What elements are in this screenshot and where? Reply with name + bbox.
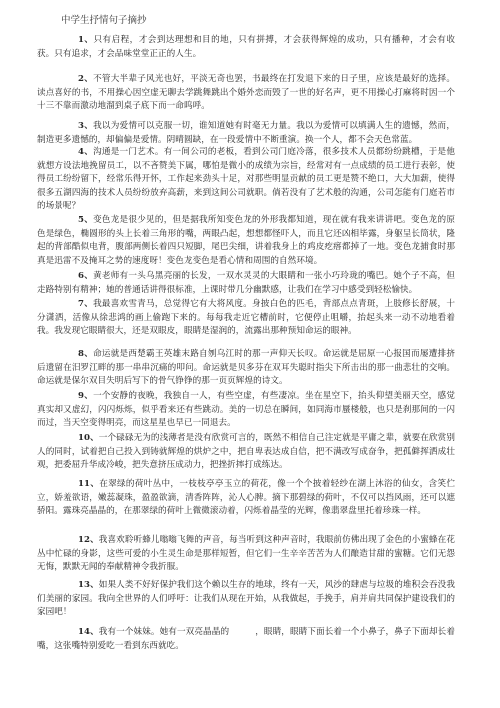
paragraph-3: 3、我以为爱情可以克服一切，谁知道她有时毫无力量。我以为爱情可以填满人生的遗憾，…: [37, 120, 455, 147]
paragraph-4: 4、沟通是一门艺术。有一间公司的老板，看到公司门庭冷落，很多技术人员都纷纷跳槽，…: [37, 146, 455, 214]
document-page: 中学生抒情句子摘抄 1、只有启程，才会到达理想和目的地，只有拼搏，才会获得辉煌的…: [0, 0, 500, 708]
paragraph-11: 11、在翠绿的荷叶丛中，一枝枝亭亭玉立的荷花，像一个个披着轻纱在湖上沐浴的仙女，…: [37, 478, 455, 519]
paragraph-number: 2、: [78, 74, 93, 84]
paragraph-number: 7、: [78, 299, 93, 309]
paragraph-7: 7、我最喜欢雪青马，总觉得它有大将风度。身披白色的匹毛，背部点点青斑，上肢修长舒…: [37, 298, 455, 339]
paragraph-number: 3、: [78, 121, 93, 131]
paragraph-12: 12、我喜欢聆听蜂儿嗡嗡飞舞的声音，每当听到这种声音时，我眼前仿佛出现了金色的小…: [37, 534, 455, 575]
paragraph-number: 4、: [78, 147, 93, 157]
paragraph-9: 9、一个安静的夜晚，我独自一人，有些空虚，有些凄凉。坐在星空下，抬头仰望美丽天空…: [37, 390, 455, 431]
paragraph-text: 命运就是西楚霸王英雄末路自刎乌江时的那一声仰天长叹。命运就是屈原一心报国而屡遭排…: [37, 349, 455, 386]
paragraph-number: 14、: [78, 627, 99, 637]
paragraph-13: 13、如果人类不好好保护我们这个赖以生存的地球，终有一天，风沙的肆虐与垃圾的堆积…: [37, 579, 455, 620]
paragraph-number: 12、: [78, 535, 99, 545]
paragraph-number: 11、: [78, 479, 99, 489]
paragraph-text: 只有启程，才会到达理想和目的地，只有拼搏，才会获得辉煌的成功，只有播种，才会有收…: [37, 35, 455, 59]
paragraph-number: 8、: [78, 349, 93, 359]
paragraph-text: 我有一个妹妹。她有一双亮晶晶的 ，眼睛，眼睛下面长着一个小鼻子，鼻子下面却长着嘴…: [37, 627, 455, 651]
paragraph-number: 9、: [78, 391, 93, 401]
paragraph-number: 6、: [78, 271, 93, 281]
paragraph-text: 不管大半辈子风光也好，平淡无奇也罢，书最终在打发退下来的日子里，应该是最好的选择…: [37, 74, 455, 111]
paragraph-5: 5、变色龙是很少见的，但是据我所知变色龙的外形我都知道，现在就有我来讲讲吧。变色…: [37, 214, 455, 268]
paragraph-number: 10、: [78, 433, 99, 443]
document-title: 中学生抒情句子摘抄: [61, 14, 147, 28]
paragraph-text: 我最喜欢雪青马，总觉得它有大将风度。身披白色的匹毛，背部点点青斑，上肢修长舒展，…: [37, 299, 455, 336]
paragraph-14: 14、我有一个妹妹。她有一双亮晶晶的 ，眼睛，眼睛下面长着一个小鼻子，鼻子下面却…: [37, 626, 455, 653]
paragraph-text: 我喜欢聆听蜂儿嗡嗡飞舞的声音，每当听到这种声音时，我眼前仿佛出现了金色的小蜜蜂在…: [37, 535, 455, 572]
paragraph-8: 8、命运就是西楚霸王英雄末路自刎乌江时的那一声仰天长叹。命运就是屈原一心报国而屡…: [37, 348, 455, 389]
paragraph-number: 13、: [78, 580, 99, 590]
paragraph-6: 6、黄老师有一头乌黑亮丽的长发，一双水灵灵的大眼睛和一张小巧玲珑的嘴巴。她个子不…: [37, 270, 455, 297]
paragraph-2: 2、不管大半辈子风光也好，平淡无奇也罢，书最终在打发退下来的日子里，应该是最好的…: [37, 73, 455, 114]
paragraph-text: 如果人类不好好保护我们这个赖以生存的地球，终有一天，风沙的肆虐与垃圾的堆积会吞没…: [37, 580, 455, 617]
paragraph-10: 10、一个碌碌无为的浅薄者是没有欣赏可言的，既然不相信自己注定就是平庸之辈，就要…: [37, 432, 455, 473]
paragraph-text: 一个碌碌无为的浅薄者是没有欣赏可言的，既然不相信自己注定就是平庸之辈，就要在欣赏…: [37, 433, 455, 470]
paragraph-number: 5、: [78, 215, 93, 225]
paragraph-number: 1、: [78, 35, 93, 45]
paragraph-1: 1、只有启程，才会到达理想和目的地，只有拼搏，才会获得辉煌的成功，只有播种，才会…: [37, 34, 455, 61]
paragraph-text: 变色龙是很少见的，但是据我所知变色龙的外形我都知道，现在就有我来讲讲吧。变色龙的…: [37, 215, 455, 266]
paragraph-text: 我以为爱情可以克服一切，谁知道她有时毫无力量。我以为爱情可以填满人生的遗憾，然而…: [37, 121, 455, 145]
paragraph-text: 一个安静的夜晚，我独自一人，有些空虚，有些凄凉。坐在星空下，抬头仰望美丽天空，感…: [37, 391, 455, 428]
paragraph-text: 黄老师有一头乌黑亮丽的长发，一双水灵灵的大眼睛和一张小巧玲珑的嘴巴。她个子不高，…: [37, 271, 455, 295]
paragraph-text: 沟通是一门艺术。有一间公司的老板，看到公司门庭冷落，很多技术人员都纷纷跳槽，于是…: [37, 147, 455, 211]
paragraph-text: 在翠绿的荷叶丛中，一枝枝亭亭玉立的荷花，像一个个披着轻纱在湖上沐浴的仙女，含笑伫…: [37, 479, 455, 516]
